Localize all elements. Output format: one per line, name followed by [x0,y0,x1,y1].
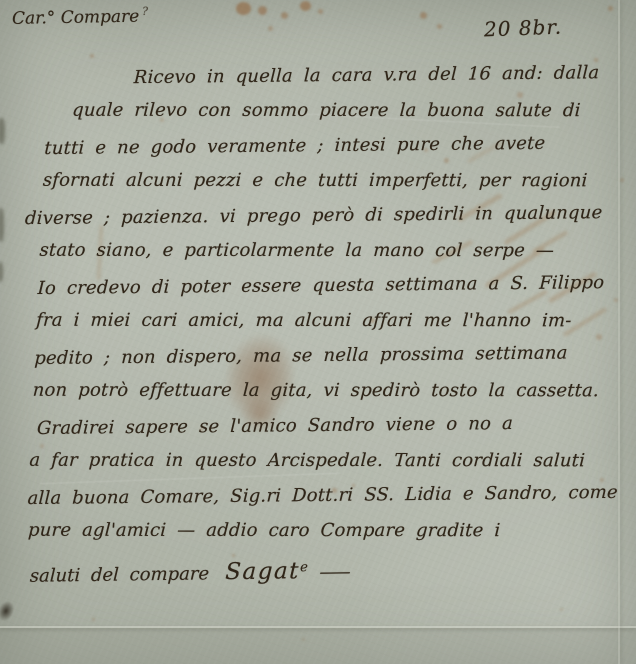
letter-line: Io credevo di poter essere questa settim… [37,265,619,306]
letter-line: pedito ; non dispero, ma se nella prossi… [34,335,616,376]
foxing-spot [560,608,563,611]
letter-page: Car.° Compare? 20 8br. Ricevo in quella … [0,0,636,664]
edge-smudge [0,262,3,282]
letter-line: pure agl'amici — addio caro Compare grad… [27,513,607,549]
letter-line: quale rilevo con sommo piacere la buona … [71,93,627,128]
letter-line: a far pratica in questo Arcispedale. Tan… [28,443,610,479]
letter-line: sfornati alcuni pezzi e che tutti imperf… [42,163,624,199]
foxing-spot [608,6,613,11]
letter-line: non potrò effettuare la gita, vi spedirò… [32,373,614,409]
letter-date: 20 8br. [484,15,563,42]
letter-line: tutti e ne godo veramente ; intesi pure … [44,125,626,166]
letter-line: Ricevo in quella la cara v.ra del 16 and… [47,55,629,96]
letter-line: Gradirei sapere se l'amico Sandro viene … [36,405,612,446]
letter-line: alla buona Comare, Sig.ri Dott.ri SS. Li… [27,475,609,516]
foxing-spot [92,618,95,621]
letter-line: fra i miei cari amici, ma alcuni affari … [35,303,617,339]
salutation-text: Car.° Compare [12,7,140,29]
foxing-spot [90,54,94,58]
edge-smudge [0,208,4,242]
letter-line: stato siano, e particolarmente la mano c… [39,233,621,269]
foxing-spot [300,1,311,11]
letter-line: diverse ; pazienza. vi prego però di spe… [24,195,622,236]
foxing-spot [258,6,267,15]
signature-prefix: saluti del compare [29,563,209,586]
letter-body: Ricevo in quella la cara v.ra del 16 and… [23,57,629,590]
salutation: Car.° Compare? [12,5,149,29]
foxing-spot [420,12,427,19]
signature-superscript: e [300,560,308,575]
ink-mark [0,598,18,625]
signature-name: Sagat [225,558,301,585]
salutation-flourish: ? [142,5,148,18]
paper-bottom-strip [0,628,636,664]
signature-line: saluti del compareSagate— [29,544,605,592]
foxing-spot [236,2,251,15]
foxing-spot [281,12,288,19]
foxing-spot [318,9,323,14]
foxing-spot [437,24,442,29]
foxing-spot [268,26,273,31]
edge-smudge [0,118,5,144]
signature-flourish: — [318,553,352,593]
